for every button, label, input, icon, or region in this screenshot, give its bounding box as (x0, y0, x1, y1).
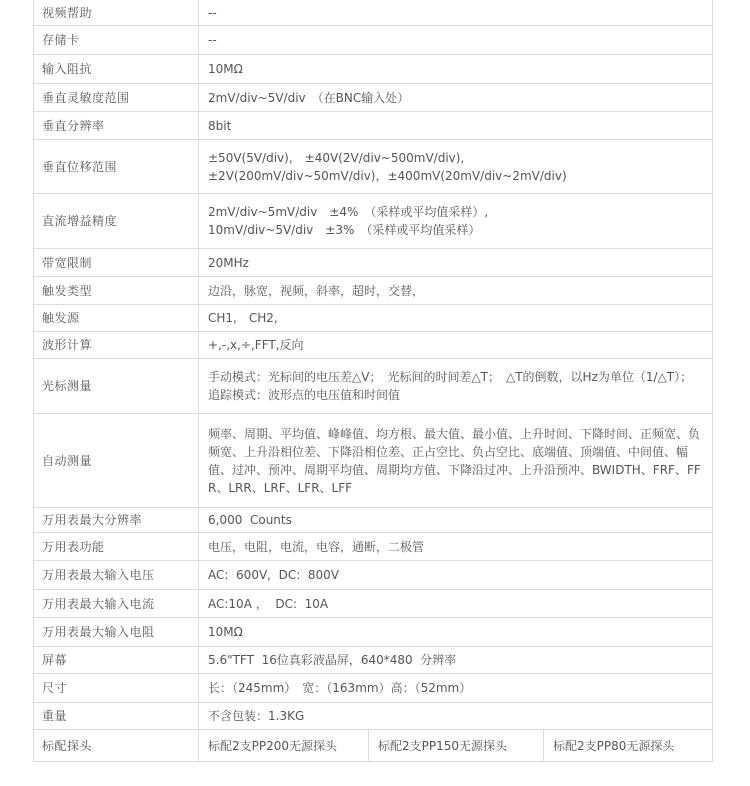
spec-value: +,-,x,÷,FFT,反向 (199, 332, 712, 358)
spec-value: 2mV/div~5mV/div ±4% （采样或平均值采样）, 10mV/div… (199, 194, 712, 248)
spec-label: 触发源 (34, 305, 199, 331)
table-row: 垂直位移范围 ±50V(5V/div), ±40V(2V/div~500mV/d… (34, 140, 712, 194)
spec-value: 20MHz (199, 249, 712, 276)
spec-value: 6,000 Counts (199, 508, 712, 532)
spec-label: 万用表最大分辨率 (34, 508, 199, 532)
spec-label: 标配探头 (34, 730, 199, 761)
spec-label: 万用表最大输入电阻 (34, 618, 199, 646)
spec-value: ±50V(5V/div), ±40V(2V/div~500mV/div), ±2… (199, 140, 712, 193)
spec-value: CH1, CH2, (199, 305, 712, 331)
spec-label: 波形计算 (34, 332, 199, 358)
spec-label: 万用表功能 (34, 533, 199, 560)
spec-value: 2mV/div~5V/div （在BNC输入处） (199, 84, 712, 111)
spec-label: 万用表最大输入电流 (34, 590, 199, 617)
table-row: 带宽限制 20MHz (34, 249, 712, 277)
table-row: 万用表功能 电压，电阻，电流，电容，通断，二极管 (34, 533, 712, 561)
spec-label: 垂直分辨率 (34, 112, 199, 139)
spec-label: 触发类型 (34, 277, 199, 304)
spec-value: 手动模式：光标间的电压差△V； 光标间的时间差△T； △T的倒数，以Hz为单位（… (199, 359, 712, 413)
spec-value: 10MΩ (199, 55, 712, 83)
spec-page: 视频帮助 -- 存储卡 -- 输入阻抗 10MΩ 垂直灵敏度范围 2mV/div… (0, 0, 750, 786)
table-row: 万用表最大输入电阻 10MΩ (34, 618, 712, 647)
spec-label: 输入阻抗 (34, 55, 199, 83)
table-row: 波形计算 +,-,x,÷,FFT,反向 (34, 332, 712, 359)
probe-cell: 标配2支PP150无源探头 (369, 730, 544, 761)
spec-label: 存储卡 (34, 26, 199, 54)
table-row: 直流增益精度 2mV/div~5mV/div ±4% （采样或平均值采样）, 1… (34, 194, 712, 249)
table-row: 万用表最大输入电流 AC:10A ， DC: 10A (34, 590, 712, 618)
spec-label: 自动测量 (34, 414, 199, 507)
spec-value: 10MΩ (199, 618, 712, 646)
table-row: 触发类型 边沿，脉宽，视频，斜率，超时，交替， (34, 277, 712, 305)
table-row: 尺寸 长：（245mm） 宽：（163mm）高：（52mm） (34, 674, 712, 703)
table-row: 标配探头 标配2支PP200无源探头 标配2支PP150无源探头 标配2支PP8… (34, 730, 712, 762)
spec-value: 电压，电阻，电流，电容，通断，二极管 (199, 533, 712, 560)
spec-value: AC:10A ， DC: 10A (199, 590, 712, 617)
spec-label: 屏幕 (34, 647, 199, 673)
spec-table: 视频帮助 -- 存储卡 -- 输入阻抗 10MΩ 垂直灵敏度范围 2mV/div… (33, 0, 713, 762)
table-row: 输入阻抗 10MΩ (34, 55, 712, 84)
spec-label: 直流增益精度 (34, 194, 199, 248)
spec-value: 5.6"TFT 16位真彩液晶屏，640*480 分辨率 (199, 647, 712, 673)
spec-value: 边沿，脉宽，视频，斜率，超时，交替， (199, 277, 712, 304)
table-row: 屏幕 5.6"TFT 16位真彩液晶屏，640*480 分辨率 (34, 647, 712, 674)
spec-value: 长：（245mm） 宽：（163mm）高：（52mm） (199, 674, 712, 702)
spec-label: 垂直位移范围 (34, 140, 199, 193)
spec-value: -- (199, 26, 712, 54)
spec-value: AC: 600V, DC: 800V (199, 561, 712, 589)
spec-label: 垂直灵敏度范围 (34, 84, 199, 111)
table-row: 存储卡 -- (34, 26, 712, 55)
table-row: 光标测量 手动模式：光标间的电压差△V； 光标间的时间差△T； △T的倒数，以H… (34, 359, 712, 414)
table-row: 垂直分辨率 8bit (34, 112, 712, 140)
spec-label: 光标测量 (34, 359, 199, 413)
probe-cell: 标配2支PP200无源探头 (199, 730, 369, 761)
table-row: 重量 不含包装：1.3KG (34, 703, 712, 730)
spec-value: 频率、周期、平均值、峰峰值、均方根、最大值、最小值、上升时间、下降时间、正频宽、… (199, 414, 712, 507)
spec-value: -- (199, 0, 712, 25)
spec-value: 8bit (199, 112, 712, 139)
probe-cell: 标配2支PP80无源探头 (544, 730, 712, 761)
table-row: 万用表最大分辨率 6,000 Counts (34, 508, 712, 533)
table-row: 自动测量 频率、周期、平均值、峰峰值、均方根、最大值、最小值、上升时间、下降时间… (34, 414, 712, 508)
spec-label: 视频帮助 (34, 0, 199, 25)
spec-label: 尺寸 (34, 674, 199, 702)
spec-label: 带宽限制 (34, 249, 199, 276)
table-row: 触发源 CH1, CH2, (34, 305, 712, 332)
table-row: 视频帮助 -- (34, 0, 712, 26)
table-row: 万用表最大输入电压 AC: 600V, DC: 800V (34, 561, 712, 590)
spec-label: 万用表最大输入电压 (34, 561, 199, 589)
spec-label: 重量 (34, 703, 199, 729)
table-row: 垂直灵敏度范围 2mV/div~5V/div （在BNC输入处） (34, 84, 712, 112)
spec-value: 不含包装：1.3KG (199, 703, 712, 729)
